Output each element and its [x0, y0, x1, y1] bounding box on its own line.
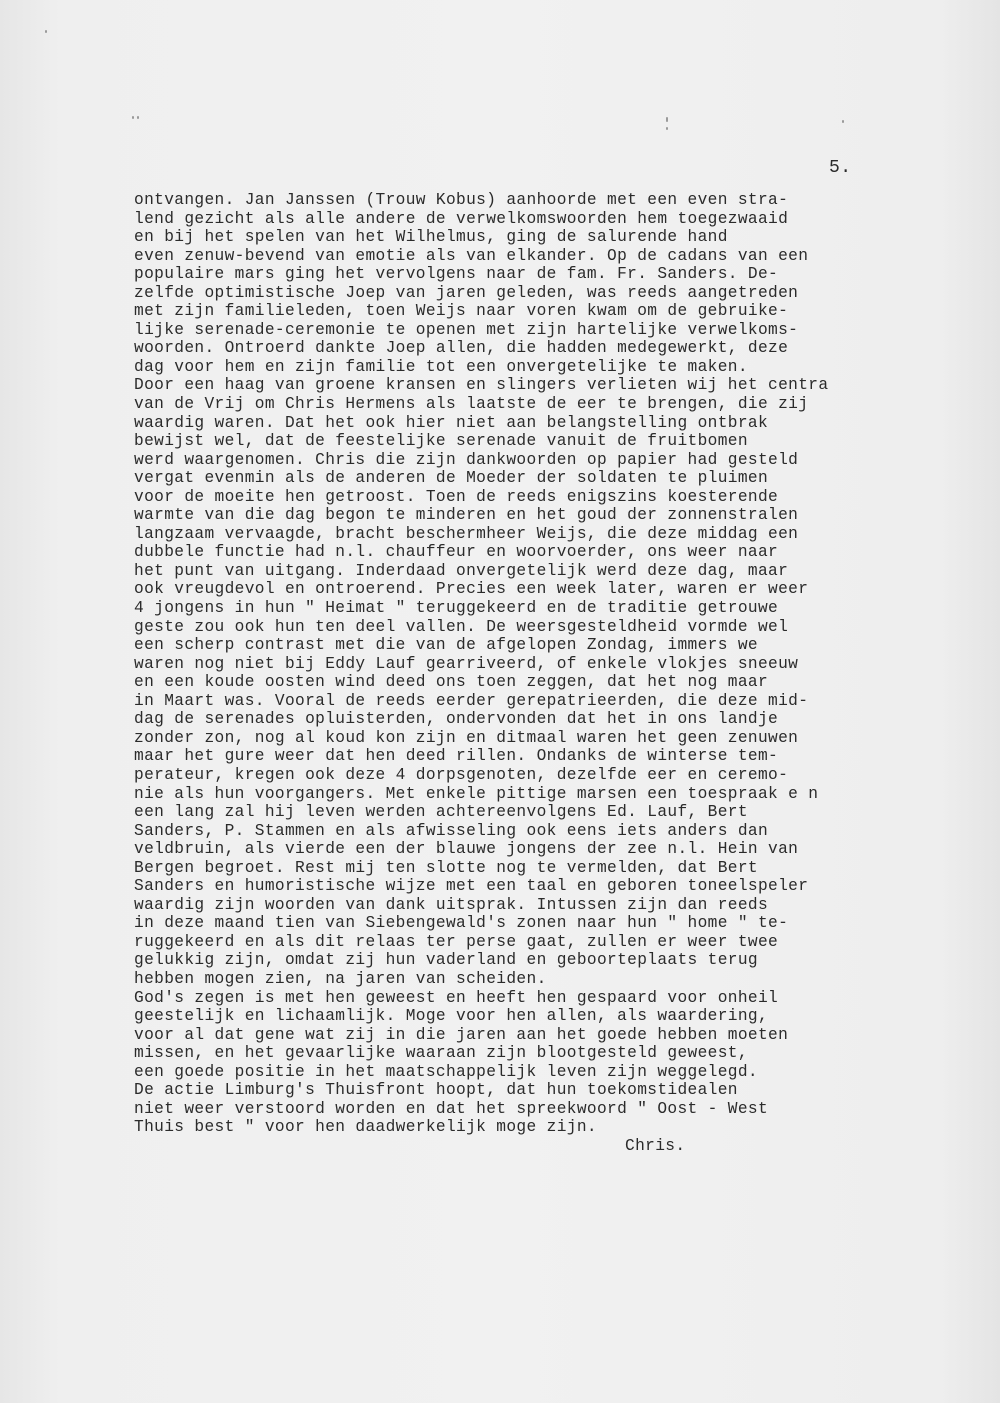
text-line: veldbruin, als vierde een der blauwe jon… [134, 840, 984, 859]
text-line: Sanders, P. Stammen en als afwisseling o… [134, 822, 984, 841]
scan-speck [137, 116, 139, 119]
text-line: zonder zon, nog al koud kon zijn en ditm… [134, 729, 984, 748]
text-line: warmte van die dag begon te minderen en … [134, 506, 984, 525]
text-line: dag voor hem en zijn familie tot een onv… [134, 358, 984, 377]
text-line: en een koude oosten wind deed ons toen z… [134, 673, 984, 692]
text-line: Sanders en humoristische wijze met een t… [134, 877, 984, 896]
text-line: in deze maand tien van Siebengewald's zo… [134, 914, 984, 933]
text-line: even zenuw-bevend van emotie als van elk… [134, 247, 984, 266]
text-line: niet weer verstoord worden en dat het sp… [134, 1100, 984, 1119]
text-line: langzaam vervaagde, bracht beschermheer … [134, 525, 984, 544]
document-body: ontvangen. Jan Janssen (Trouw Kobus) aan… [134, 191, 984, 1155]
text-line: maar het gure weer dat hen deed rillen. … [134, 747, 984, 766]
text-line: dubbele functie had n.l. chauffeur en wo… [134, 543, 984, 562]
text-line: Bergen begroet. Rest mij ten slotte nog … [134, 859, 984, 878]
text-line: hebben mogen zien, na jaren van scheiden… [134, 970, 984, 989]
text-line: werd waargenomen. Chris die zijn dankwoo… [134, 451, 984, 470]
text-line: 4 jongens in hun " Heimat " teruggekeerd… [134, 599, 984, 618]
scan-speck [666, 117, 668, 122]
text-line: zelfde optimistische Joep van jaren gele… [134, 284, 984, 303]
scan-speck [45, 30, 47, 33]
text-line: een lang zal hij leven werden achtereenv… [134, 803, 984, 822]
text-line: ook vreugdevol en ontroerend. Precies ee… [134, 580, 984, 599]
typewritten-page: 5. ontvangen. Jan Janssen (Trouw Kobus) … [0, 0, 1000, 1403]
text-line: lijke serenade-ceremonie te openen met z… [134, 321, 984, 340]
signature: Chris. [134, 1137, 984, 1156]
text-line: gelukkig zijn, omdat zij hun vaderland e… [134, 951, 984, 970]
text-line: bewijst wel, dat de feestelijke serenade… [134, 432, 984, 451]
text-line: in Maart was. Vooral de reeds eerder ger… [134, 692, 984, 711]
text-line: een scherp contrast met die van de afgel… [134, 636, 984, 655]
text-line: voor de moeite hen getroost. Toen de ree… [134, 488, 984, 507]
text-line: van de Vrij om Chris Hermens als laatste… [134, 395, 984, 414]
text-line: geestelijk en lichaamlijk. Moge voor hen… [134, 1007, 984, 1026]
text-line: woorden. Ontroerd dankte Joep allen, die… [134, 339, 984, 358]
text-line: ruggekeerd en als dit relaas ter perse g… [134, 933, 984, 952]
text-line: een goede positie in het maatschappelijk… [134, 1063, 984, 1082]
text-line: De actie Limburg's Thuisfront hoopt, dat… [134, 1081, 984, 1100]
scan-speck [842, 120, 844, 123]
text-line: populaire mars ging het vervolgens naar … [134, 265, 984, 284]
page-number: 5. [829, 158, 852, 178]
text-line: het punt van uitgang. Inderdaad onverget… [134, 562, 984, 581]
text-line: God's zegen is met hen geweest en heeft … [134, 989, 984, 1008]
text-line: Thuis best " voor hen daadwerkelijk moge… [134, 1118, 984, 1137]
text-line: met zijn familieleden, toen Weijs naar v… [134, 302, 984, 321]
text-line: Door een haag van groene kransen en slin… [134, 376, 984, 395]
text-line: en bij het spelen van het Wilhelmus, gin… [134, 228, 984, 247]
text-line: lend gezicht als alle andere de verwelko… [134, 210, 984, 229]
text-line: nie als hun voorgangers. Met enkele pitt… [134, 785, 984, 804]
text-line: missen, en het gevaarlijke waaraan zijn … [134, 1044, 984, 1063]
scan-speck [666, 127, 668, 130]
text-line: perateur, kregen ook deze 4 dorpsgenoten… [134, 766, 984, 785]
text-line: ontvangen. Jan Janssen (Trouw Kobus) aan… [134, 191, 984, 210]
text-line: waren nog niet bij Eddy Lauf gearriveerd… [134, 655, 984, 674]
text-line: waardig waren. Dat het ook hier niet aan… [134, 414, 984, 433]
text-line: vergat evenmin als de anderen de Moeder … [134, 469, 984, 488]
text-line: waardig zijn woorden van dank uitsprak. … [134, 896, 984, 915]
text-line: geste zou ook hun ten deel vallen. De we… [134, 618, 984, 637]
scan-speck [132, 116, 134, 119]
text-line: voor al dat gene wat zij in die jaren aa… [134, 1026, 984, 1045]
text-line: dag de serenades opluisterden, ondervond… [134, 710, 984, 729]
